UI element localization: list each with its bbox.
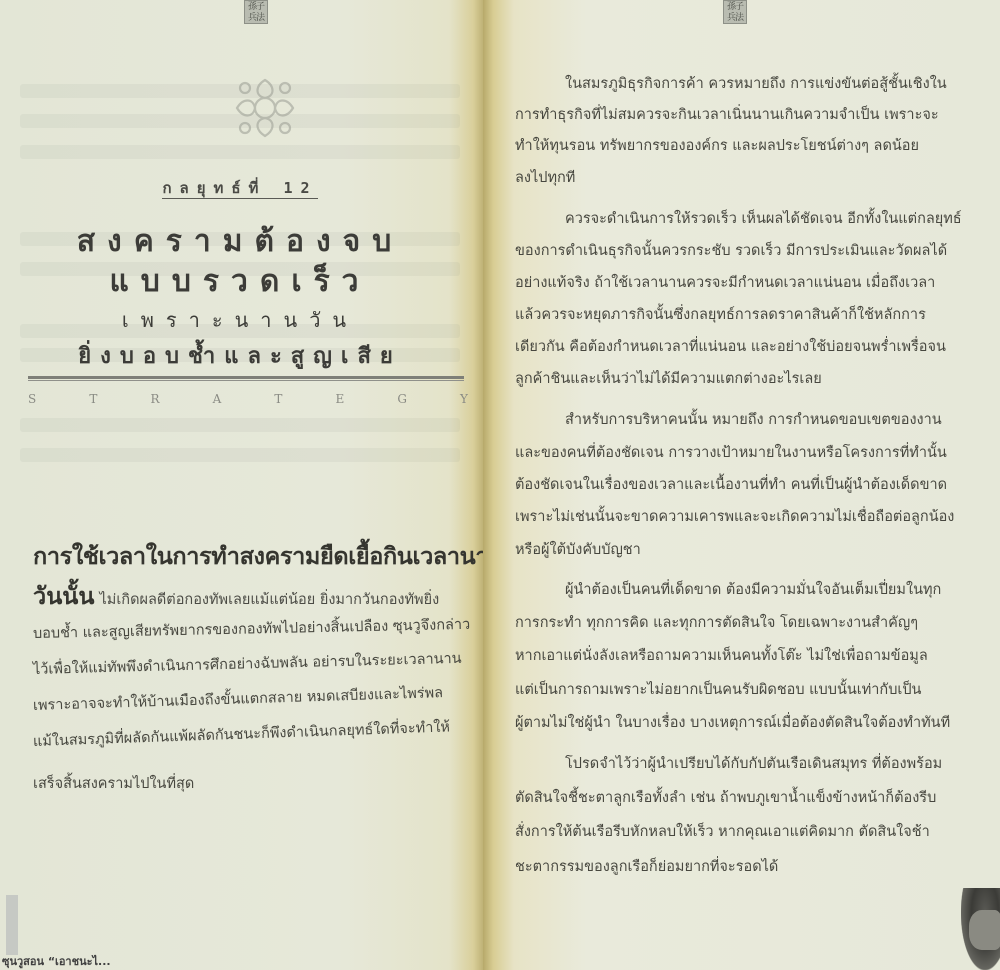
- body-line: อย่างแท้จริง ถ้าใช้เวลานานควรจะมีกำหนดเว…: [515, 271, 935, 294]
- strategy-letter: Y: [460, 392, 468, 406]
- body-line: เพราะไม่เช่นนั้นจะขาดความเคารพและจะเกิดค…: [515, 505, 954, 528]
- body-line: ผู้ตามไม่ใช่ผู้นำ ในบางเรื่อง บางเหตุการ…: [515, 711, 950, 734]
- body-line: ของการดำเนินธุรกิจนั้นควรกระชับ รวดเร็ว …: [515, 239, 947, 262]
- right-page: 孫子兵法 ในสมรภูมิธุรกิจการค้า ควรหมายถึง กา…: [483, 0, 1000, 970]
- body-line: สั่งการให้ต้นเรือรีบหักหลบให้เร็ว หากคุณ…: [515, 820, 930, 843]
- body-line: เสร็จสิ้นสงครามไปในที่สุด: [33, 772, 194, 795]
- ornament-icon: [225, 72, 305, 144]
- show-through-text: [20, 418, 460, 432]
- body-line: ควรจะดำเนินการให้รวดเร็ว เห็นผลได้ชัดเจน…: [565, 207, 962, 230]
- divider-rule: [28, 376, 464, 381]
- body-line: ต้องชัดเจนในเรื่องของเวลาและเนื้องานที่ท…: [515, 473, 947, 496]
- body-line: สำหรับการบริหาคนนั้น หมายถึง การกำหนดขอบ…: [565, 408, 942, 431]
- lead-bold-start: วันนั้น: [33, 582, 94, 610]
- body-line: เพราะอาจจะทำให้บ้านเมืองถึงขั้นแตกสลาย ห…: [33, 681, 444, 717]
- body-line: หรือผู้ใต้บังคับบัญชา: [515, 538, 641, 561]
- body-line: ตัดสินใจชี้ชะตาลูกเรือทั้งลำ เช่น ถ้าพบภ…: [515, 786, 936, 809]
- body-line: การกระทำ ทุกการคิด และทุกการตัดสินใจ โดย…: [515, 611, 918, 634]
- page-edge-tab: [6, 895, 18, 955]
- lead-rest: ไม่เกิดผลดีต่อกองทัพเลยแม้แต่น้อย ยิ่งมา…: [99, 592, 439, 608]
- body-line: ทำให้ทุนรอน ทรัพยากรขององค์กร และผลประโย…: [515, 134, 919, 157]
- strategy-letter: T: [89, 392, 97, 406]
- chapter-number: กลยุทธ์ที่ 12: [162, 179, 317, 199]
- lead-line-2: วันนั้น ไม่เกิดผลดีต่อกองทัพเลยแม้แต่น้อ…: [33, 578, 439, 615]
- body-line: แต่เป็นการถามเพราะไม่อยากเป็นคนรับผิดชอบ…: [515, 678, 921, 701]
- body-line: แม้ในสมรภูมิที่ผลัดกันแพ้ผลัดกันชนะก็พึง…: [33, 715, 451, 753]
- body-line: ลูกค้าชินและเห็นว่าไม่ได้มีความแตกต่างอะ…: [515, 367, 822, 390]
- strategy-letter: A: [213, 392, 222, 406]
- chapter-title-line-2: แบบรวดเร็ว: [0, 258, 480, 305]
- body-line: การทำธุรกิจที่ไม่สมควรจะกินเวลาเนิ่นนานเ…: [515, 103, 939, 126]
- body-line: ผู้นำต้องเป็นคนที่เด็ดขาด ต้องมีความมั่น…: [565, 578, 941, 601]
- sunzi-portrait-image: [961, 888, 1000, 970]
- sunzi-seal-icon: 孫子兵法: [244, 0, 268, 24]
- lead-heading: การใช้เวลาในการทำสงครามยืดเยื้อกินเวลานา…: [33, 538, 483, 575]
- body-line: หากเอาแต่นั่งลังเลหรือถามความเห็นคนทั้งโ…: [515, 644, 928, 667]
- left-page: 孫子兵法 กลยุทธ์ที่ 12 สงครามต้องจบ แบบรวดเร…: [0, 0, 483, 970]
- body-line: บอบช้ำ และสูญเสียทรัพยากรของกองทัพไปอย่า…: [33, 613, 471, 645]
- strategy-letter: T: [274, 392, 282, 406]
- strategy-letter: E: [335, 392, 344, 406]
- chapter-subtitle-line-1: เพราะนานวัน: [0, 304, 480, 336]
- show-through-text: [20, 448, 460, 462]
- chapter-subtitle-line-2: ยิ่งบอบช้ำและสูญเสีย: [0, 338, 480, 373]
- strategy-letter: G: [397, 392, 407, 406]
- strategy-letter: S: [28, 392, 36, 406]
- body-line: แล้วควรจะหยุดภารกิจนั้นซึ่งกลยุทธ์การลดร…: [515, 303, 926, 326]
- show-through-text: [20, 145, 460, 159]
- body-line: ไว้เพื่อให้แม่ทัพพึงดำเนินการศึกอย่างฉับ…: [33, 647, 462, 681]
- body-line: เดียวกัน คือต้องกำหนดเวลาที่แน่นอน และอย…: [515, 335, 946, 358]
- strategy-label: S T R A T E G Y: [28, 392, 468, 406]
- body-line: และของคนที่ต้องชัดเจน การวางเป้าหมายในงา…: [515, 441, 947, 464]
- running-footer: ซุนวูสอน “เอาชนะไ...: [2, 952, 111, 970]
- portrait-face: [969, 910, 1000, 950]
- chapter-label: กลยุทธ์ที่ 12: [0, 176, 480, 200]
- body-line: ในสมรภูมิธุรกิจการค้า ควรหมายถึง การแข่ง…: [565, 72, 947, 95]
- body-line: โปรดจำไว้ว่าผู้นำเปรียบได้กับกัปตันเรือเ…: [565, 752, 942, 775]
- strategy-letter: R: [150, 392, 159, 406]
- body-line: ลงไปทุกที: [515, 166, 575, 189]
- body-line: ชะตากรรมของลูกเรือก็ย่อมยากที่จะรอดได้: [515, 855, 778, 878]
- sunzi-seal-icon: 孫子兵法: [723, 0, 747, 24]
